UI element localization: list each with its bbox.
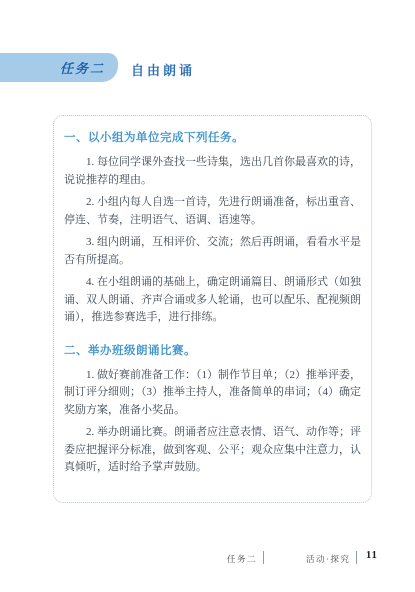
section-2-heading: 二、举办班级朗诵比赛。 — [64, 342, 361, 358]
section-1-item-4: 4. 在小组朗诵的基础上，确定朗诵篇目、朗诵形式（如独诵、双人朗诵、齐声合诵或多… — [64, 274, 361, 327]
section-1-item-1: 1. 每位同学课外查找一些诗集，选出几首你最喜欢的诗，说说推荐的理由。 — [64, 154, 361, 189]
task-list-box: 一、以小组为单位完成下列任务。 1. 每位同学课外查找一些诗集，选出几首你最喜欢… — [53, 115, 372, 503]
task-banner: 任务二 — [0, 53, 118, 82]
section-2-item-2: 2. 举办朗诵比赛。朗诵者应注意表情、语气、动作等；评委应把握评分标准，做到客观… — [64, 424, 361, 477]
section-2-item-1: 1. 做好赛前准备工作：（1）制作节目单；（2）推举评委，制订评分细则；（3）推… — [64, 367, 361, 420]
footer-divider — [356, 551, 357, 564]
footer-divider — [263, 551, 264, 564]
section-1-item-3: 3. 组内朗诵，互相评价、交流；然后再朗诵，看看水平是否有所提高。 — [64, 234, 361, 269]
footer-unit-label: 活动·探究 — [306, 553, 350, 565]
textbook-page: 任务二 自由朗诵 一、以小组为单位完成下列任务。 1. 每位同学课外查找一些诗集… — [0, 0, 415, 592]
footer-task-label: 任务二 — [227, 553, 257, 565]
section-1-heading: 一、以小组为单位完成下列任务。 — [64, 129, 361, 145]
page-footer: 任务二 活动·探究 11 — [0, 550, 415, 566]
task-banner-label: 任务二 — [60, 58, 105, 77]
page-title: 自由朗诵 — [131, 60, 195, 79]
page-number: 11 — [366, 550, 378, 561]
section-1-item-2: 2. 小组内每人自选一首诗，先进行朗诵准备，标出重音、停连、节奏，注明语气、语调… — [64, 194, 361, 229]
